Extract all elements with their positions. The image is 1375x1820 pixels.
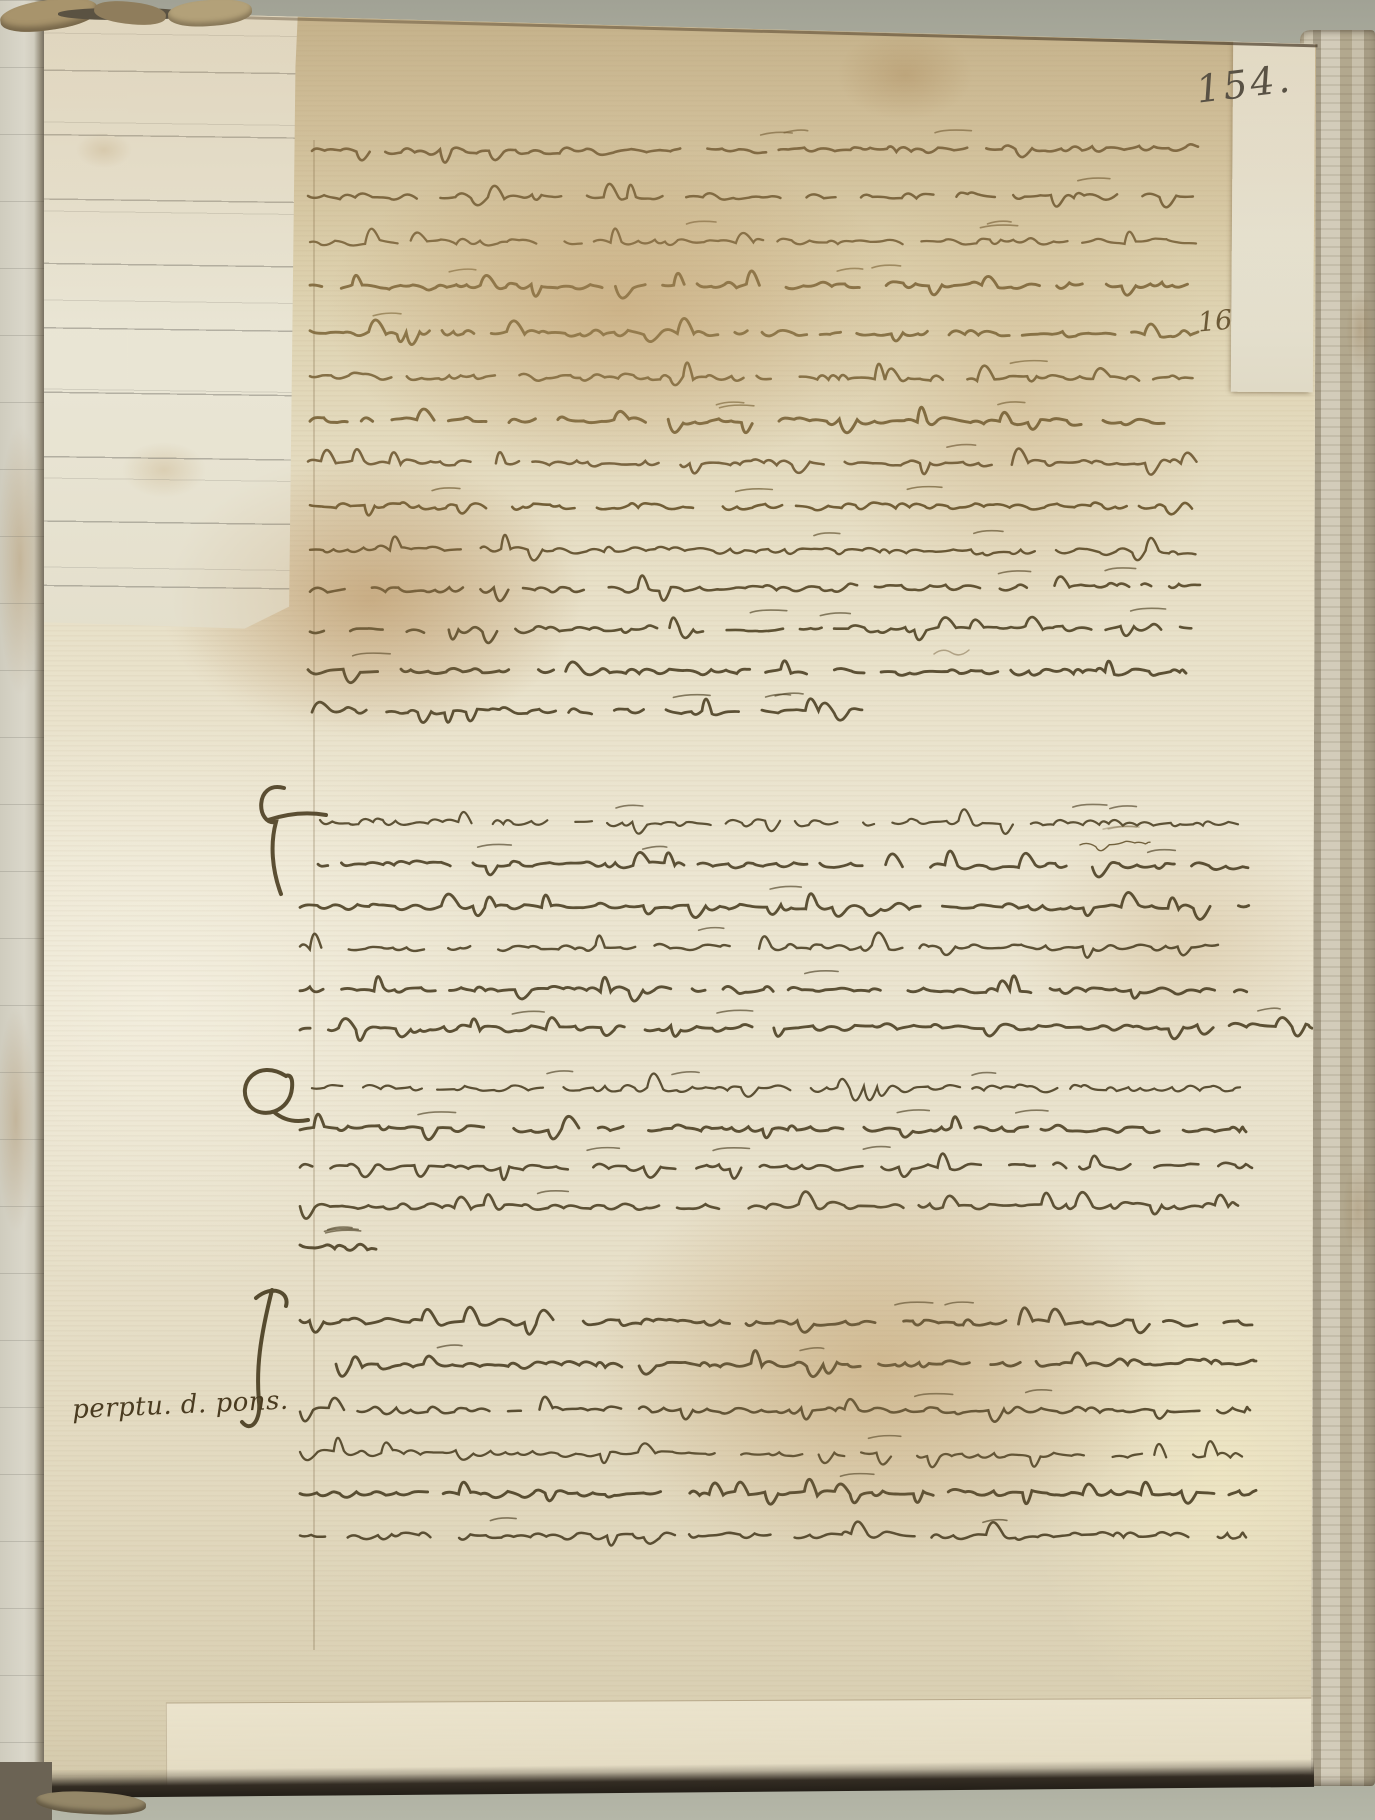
handwritten-text [0, 0, 1375, 1820]
manuscript-page: 154. 16 perptu. d. pons. [0, 0, 1375, 1820]
manuscript-photo: 154. 16 perptu. d. pons. [0, 0, 1375, 1820]
cover-corner [0, 1762, 52, 1820]
